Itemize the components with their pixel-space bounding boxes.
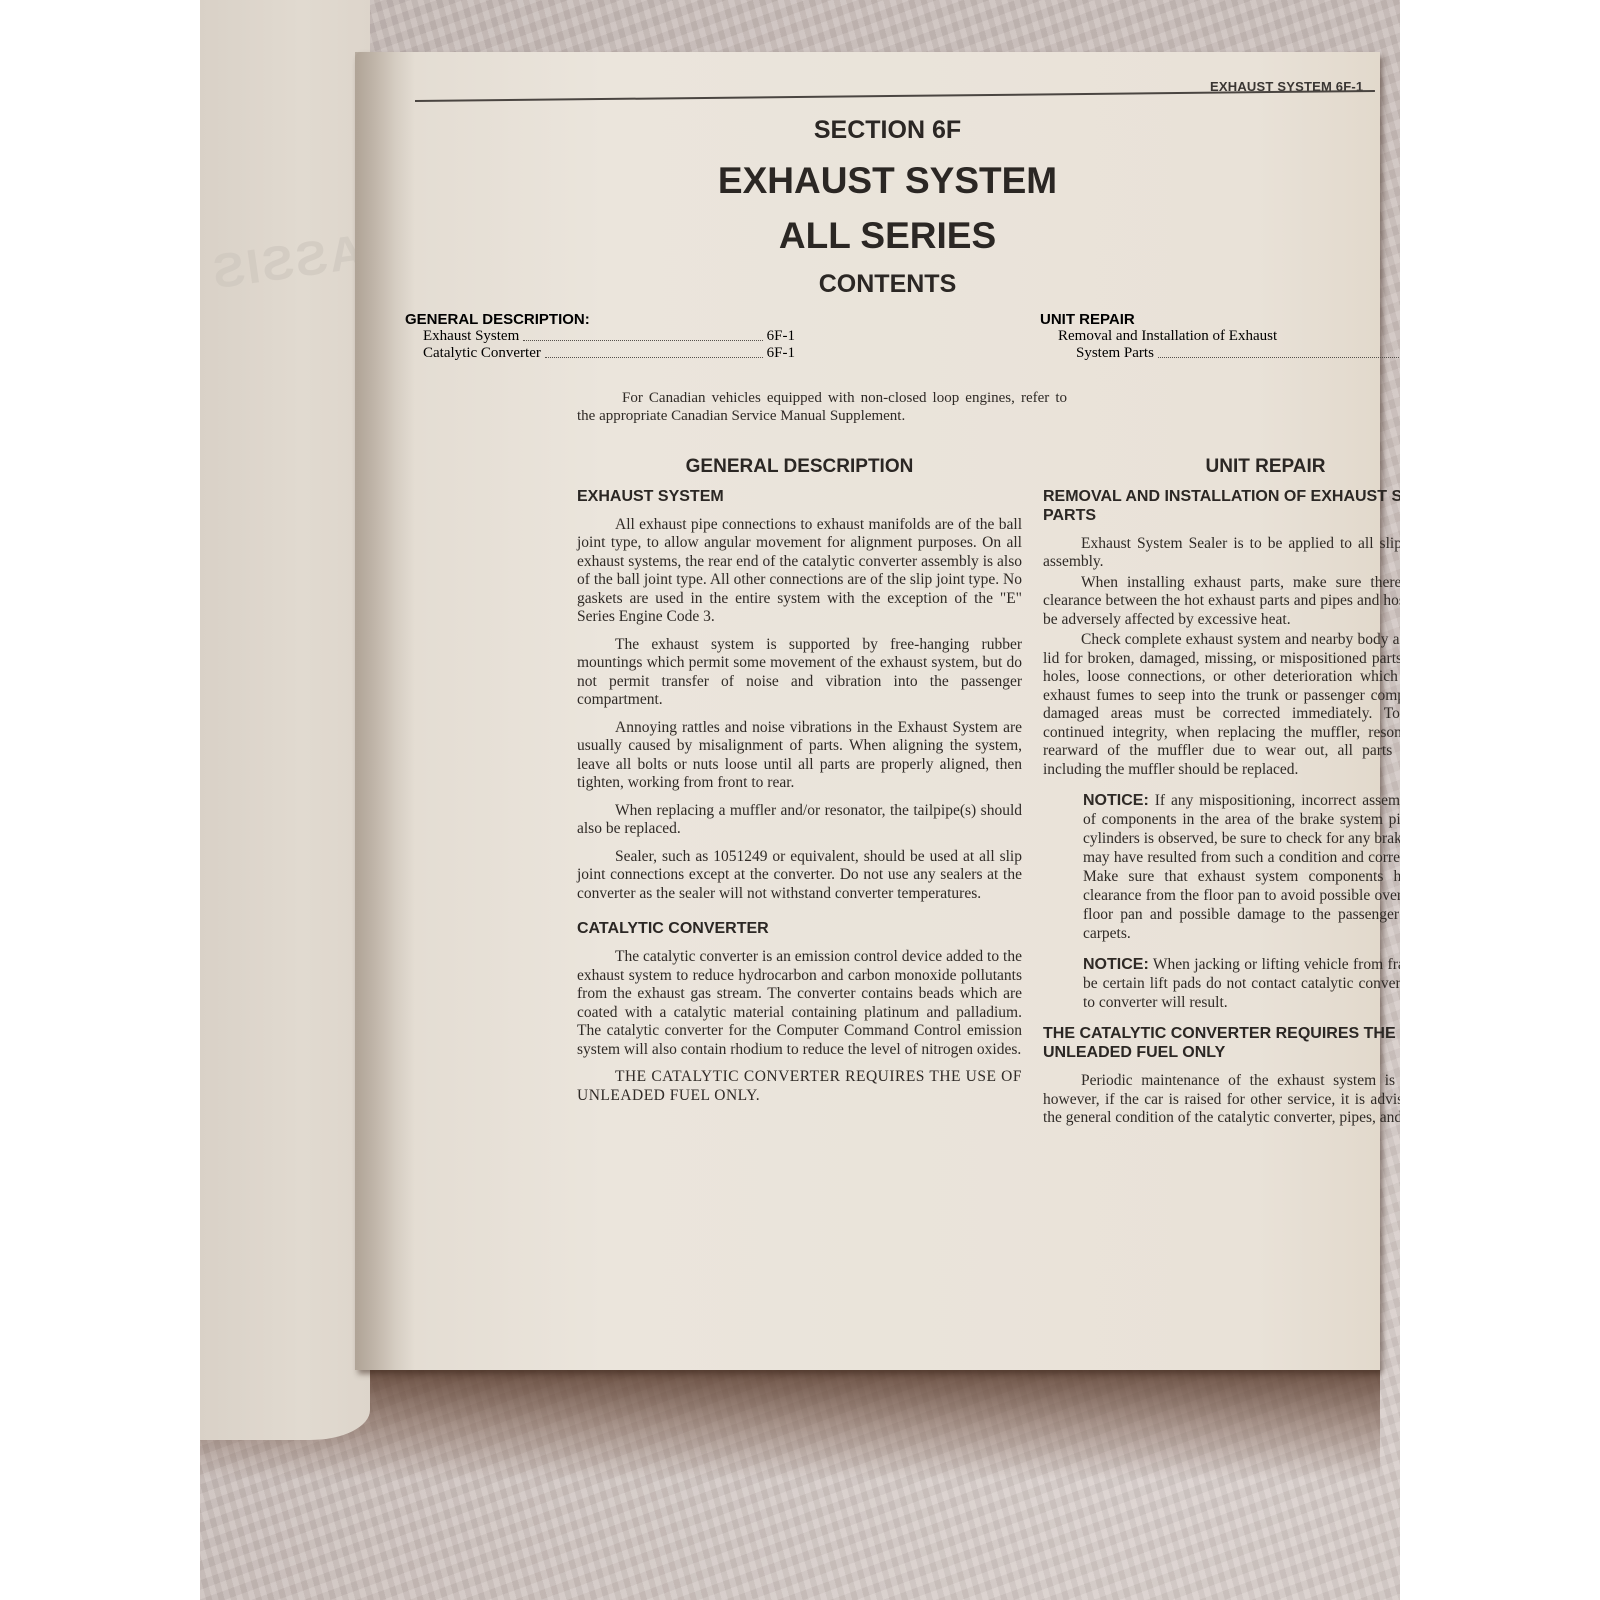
notice-label: NOTICE:: [1083, 792, 1149, 809]
right-column: UNIT REPAIR REMOVAL AND INSTALLATION OF …: [1043, 458, 1400, 1130]
page-shadow: [200, 1370, 1380, 1480]
header-rule: [415, 90, 1375, 102]
unleaded-warning: THE CATALYTIC CONVERTER REQUIRES THE USE…: [577, 1068, 1022, 1105]
paragraph: When installing exhaust parts, make sure…: [1043, 574, 1400, 630]
paragraph: All exhaust pipe connections to exhaust …: [577, 516, 1022, 627]
toc-entry-line: Removal and Installation of Exhaust: [1040, 328, 1400, 345]
notice-jacking: NOTICE: When jacking or lifting vehicle …: [1083, 955, 1400, 1012]
paragraph: Periodic maintenance of the exhaust syst…: [1043, 1072, 1400, 1128]
notice-label: NOTICE:: [1083, 956, 1149, 973]
paragraph: Exhaust System Sealer is to be applied t…: [1043, 535, 1400, 572]
heading-unit-repair: UNIT REPAIR: [1043, 458, 1400, 477]
toc-general-description: GENERAL DESCRIPTION: Exhaust System6F-1 …: [405, 311, 795, 362]
paragraph: The catalytic converter is an emission c…: [577, 948, 1022, 1059]
cover-page: CHASSIS: [200, 0, 370, 1440]
heading-general-description: GENERAL DESCRIPTION: [577, 458, 1022, 477]
heading-unleaded-fuel: THE CATALYTIC CONVERTER REQUIRES THE USE…: [1043, 1024, 1400, 1062]
toc-unit-repair: UNIT REPAIR Removal and Installation of …: [1040, 311, 1400, 362]
paragraph: The exhaust system is supported by free-…: [577, 636, 1022, 710]
manual-page: EXHAUST SYSTEM 6F-1 SECTION 6F EXHAUST S…: [355, 52, 1380, 1370]
page-subtitle: ALL SERIES: [355, 215, 1400, 257]
page-title: EXHAUST SYSTEM: [355, 160, 1400, 202]
notice-brake: NOTICE: If any mispositioning, incorrect…: [1083, 791, 1400, 943]
toc-heading: GENERAL DESCRIPTION:: [405, 311, 795, 328]
toc-entry[interactable]: System Parts6F-1: [1040, 345, 1400, 362]
paragraph: Check complete exhaust system and nearby…: [1043, 631, 1400, 779]
toc-entry[interactable]: Catalytic Converter6F-1: [405, 345, 795, 362]
section-label: SECTION 6F: [355, 116, 1400, 145]
paragraph: When replacing a muffler and/or resonato…: [577, 802, 1022, 839]
toc-entry[interactable]: Exhaust System6F-1: [405, 328, 795, 345]
paragraph: Annoying rattles and noise vibrations in…: [577, 719, 1022, 793]
heading-removal-installation: REMOVAL AND INSTALLATION OF EXHAUST SYST…: [1043, 487, 1400, 525]
heading-catalytic-converter: CATALYTIC CONVERTER: [577, 919, 1022, 938]
left-column: GENERAL DESCRIPTION EXHAUST SYSTEM All e…: [577, 458, 1022, 1114]
photo: CHASSIS EXHAUST SYSTEM 6F-1 SECTION 6F E…: [200, 0, 1400, 1600]
contents-heading: CONTENTS: [355, 270, 1400, 299]
spine-shadow: [355, 52, 415, 1370]
heading-exhaust-system: EXHAUST SYSTEM: [577, 487, 1022, 506]
toc-heading: UNIT REPAIR: [1040, 311, 1400, 328]
paragraph: Sealer, such as 1051249 or equivalent, s…: [577, 848, 1022, 904]
canadian-note: For Canadian vehicles equipped with non-…: [577, 389, 1067, 425]
